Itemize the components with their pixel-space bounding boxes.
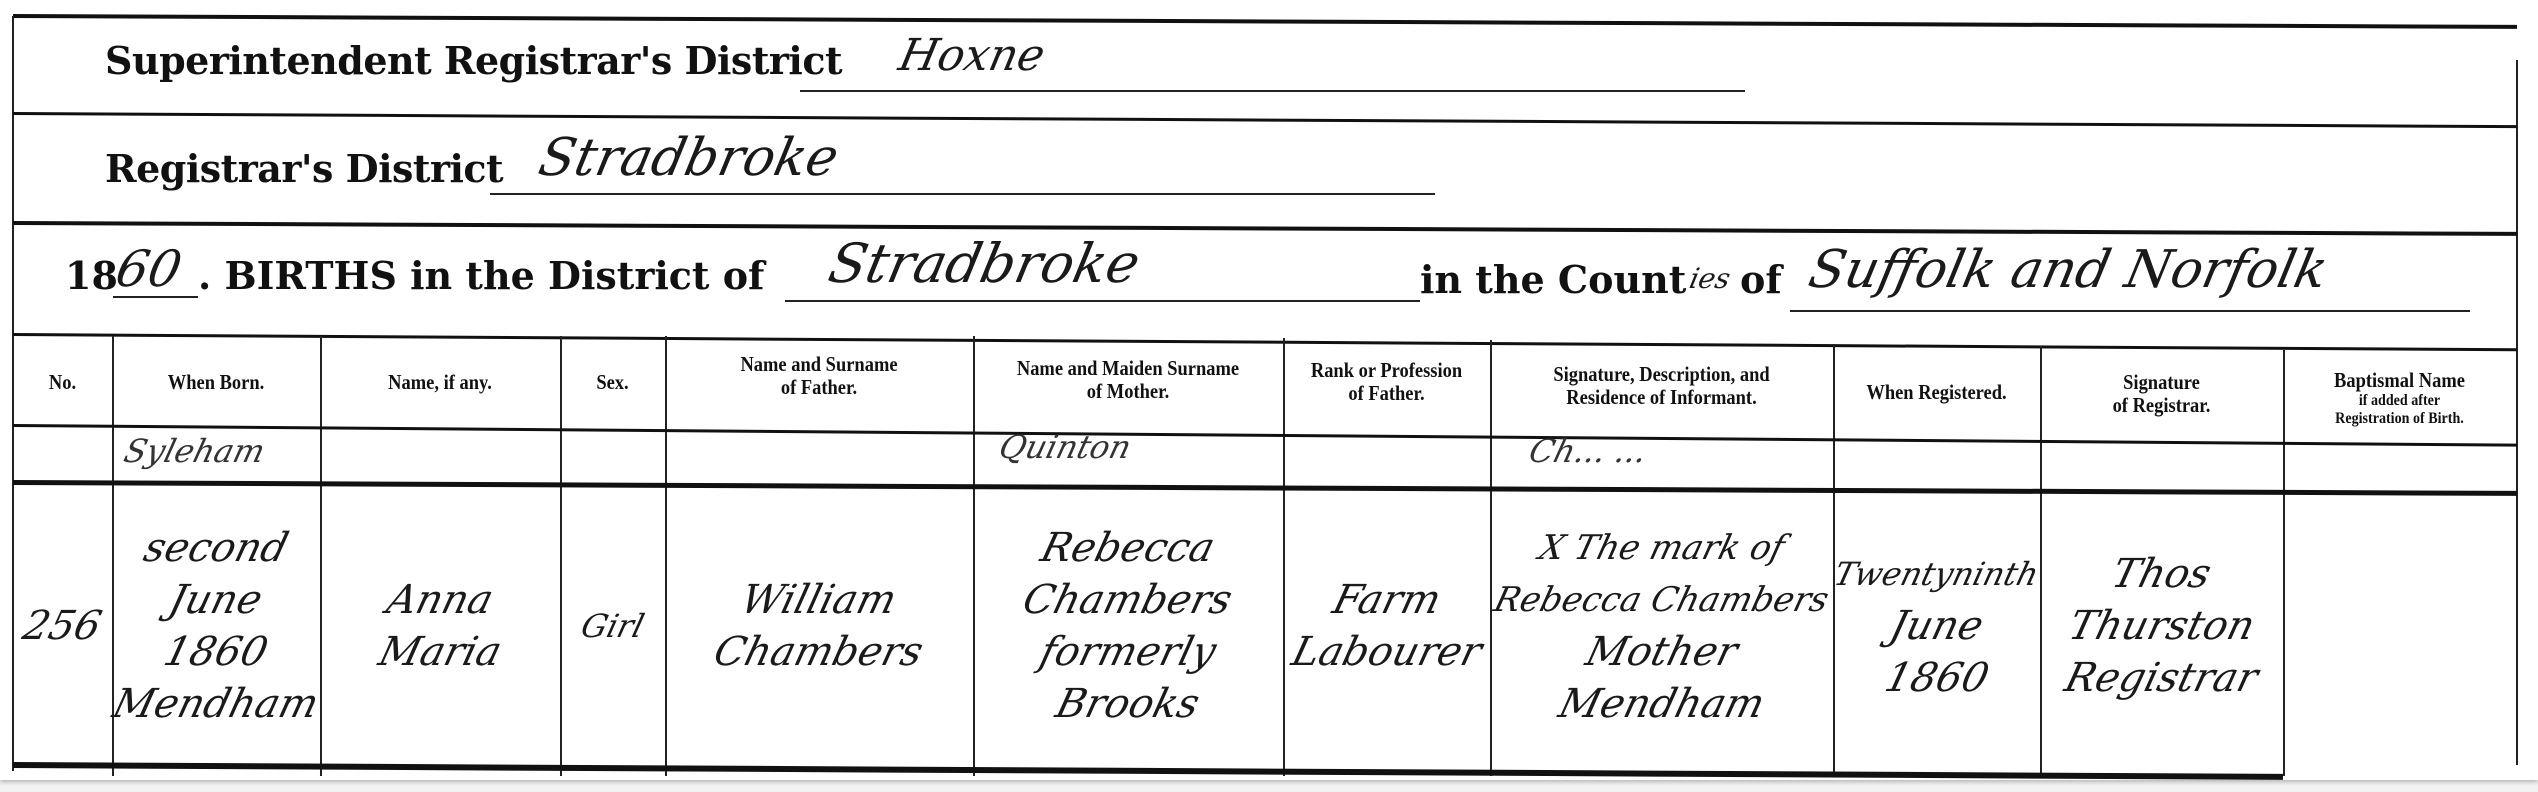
header-father: Name and Surnameof Father. [683,334,954,418]
header-rank-label: Rank or Profession [1311,358,1462,382]
right-border [2516,60,2518,765]
register-page: Superintendent Registrar's District Hoxn… [0,0,2538,780]
header-informant: Signature, Description, andResidence of … [1511,344,1813,428]
mother-surname: Chambers [1018,574,1238,626]
header-mother: Name and Maiden Surnameof Mother. [992,338,1265,422]
header-father-sub: of Father. [781,375,857,399]
rank-line-1: Farm [1327,574,1446,626]
prev-row-informant: Ch... ... [1525,432,1651,470]
informant-name: Rebecca Chambers [1489,574,1835,626]
header-baptismal-sub: if added after [2334,392,2465,410]
registrar-first-name: Thos [2106,548,2216,600]
header-sex: Sex. [566,340,658,424]
father-first-name: William [736,574,902,626]
header-name-label: Name, if any. [388,371,492,394]
informant-relation: Mother [1580,626,1743,678]
mother-formerly: formerly [1034,626,1221,678]
record-name: Anna Maria [320,490,560,762]
header-baptismal-name: Baptismal Nameif added afterRegistration… [2297,356,2502,440]
births-district-value: Stradbroke [823,232,1145,295]
year-prefix: 18 [65,253,118,298]
header-rank-sub: of Father. [1348,381,1424,405]
header-when-born-label: When Born. [168,371,265,394]
header-when-registered: When Registered. [1845,350,2027,434]
record-mother: Rebecca Chambers formerly Brooks [973,490,1283,762]
header-rank: Rank or Professionof Father. [1295,340,1477,424]
header-baptismal-label: Baptismal Name [2334,368,2465,392]
when-born-year: 1860 [159,626,274,678]
record-when-registered: Twentyninth June 1860 [1833,490,2040,762]
top-border [13,14,2517,29]
header-no: No. [19,340,106,424]
district-underline [785,300,1420,302]
year-underline [113,296,198,298]
record-no: 256 [13,490,112,762]
county-label-insert: ies [1686,262,1733,295]
header-registrar-sub: of Registrar. [2113,393,2211,417]
superintendent-district-underline [800,90,1745,92]
header-mother-sub: of Mother. [1087,379,1169,403]
births-label: . BIRTHS in the District of [198,253,764,298]
divider-2 [13,221,2517,236]
child-first-name: Anna [381,574,498,626]
registrar-district-value: Stradbroke [534,128,844,188]
record-father: William Chambers [665,490,973,762]
registered-day: Twentyninth [1829,548,2045,600]
superintendent-district-label: Superintendent Registrar's District [105,38,842,83]
county-label-post: of [1740,257,1782,302]
header-registrar-label: Signature [2123,370,2200,394]
record-informant: X The mark of Rebecca Chambers Mother Me… [1490,490,1833,762]
record-rank: Farm Labourer [1283,490,1490,762]
record-no-value: 256 [18,600,107,652]
header-no-label: No. [49,371,76,394]
registrar-district-underline [490,193,1435,195]
registered-year: 1860 [1879,652,1994,704]
when-born-month: June [164,574,268,626]
record-bottom-line [13,762,2283,780]
header-father-label: Name and Surname [740,352,897,376]
header-name: Name, if any. [334,340,545,424]
record-sex: Girl [560,490,665,762]
header-informant-sub: Residence of Informant. [1566,385,1756,409]
prev-row-when-born: Syleham [120,432,269,470]
sex-value: Girl [575,600,649,652]
header-registrar-signature: Signatureof Registrar. [2055,352,2269,436]
informant-residence: Mendham [1553,678,1770,730]
when-born-day: second [138,522,293,574]
header-when-born: When Born. [124,340,307,424]
father-surname: Chambers [709,626,929,678]
mother-maiden-name: Brooks [1051,678,1205,730]
counties-value: Suffolk and Norfolk [1804,240,2333,300]
record-baptismal-name [2283,490,2516,762]
prev-row-mother: Quinton [995,428,1135,466]
rank-line-2: Labourer [1286,626,1487,678]
informant-mark: X The mark of [1533,522,1790,574]
header-when-registered-label: When Registered. [1866,381,2006,404]
header-informant-label: Signature, Description, and [1553,362,1769,386]
header-baptismal-sub2: Registration of Birth. [2334,410,2465,428]
divider-1 [13,112,2517,128]
record-when-born: second June 1860 Mendham [112,490,320,762]
county-label-pre: in the Count [1420,257,1686,302]
year-suffix: 60 [111,240,187,298]
header-sex-label: Sex. [596,371,628,394]
child-middle-name: Maria [373,626,507,678]
mother-first-name: Rebecca [1036,522,1221,574]
county-underline [1790,310,2470,312]
when-born-place: Mendham [108,678,325,730]
registrar-title: Registrar [2060,652,2264,704]
superintendent-district-value: Hoxne [895,30,1050,81]
registrar-district-label: Registrar's District [105,146,503,191]
registrar-surname: Thurston [2063,600,2260,652]
record-registrar-signature: Thos Thurston Registrar [2040,490,2283,762]
header-mother-label: Name and Maiden Surname [1017,356,1239,380]
registered-month: June [1884,600,1988,652]
